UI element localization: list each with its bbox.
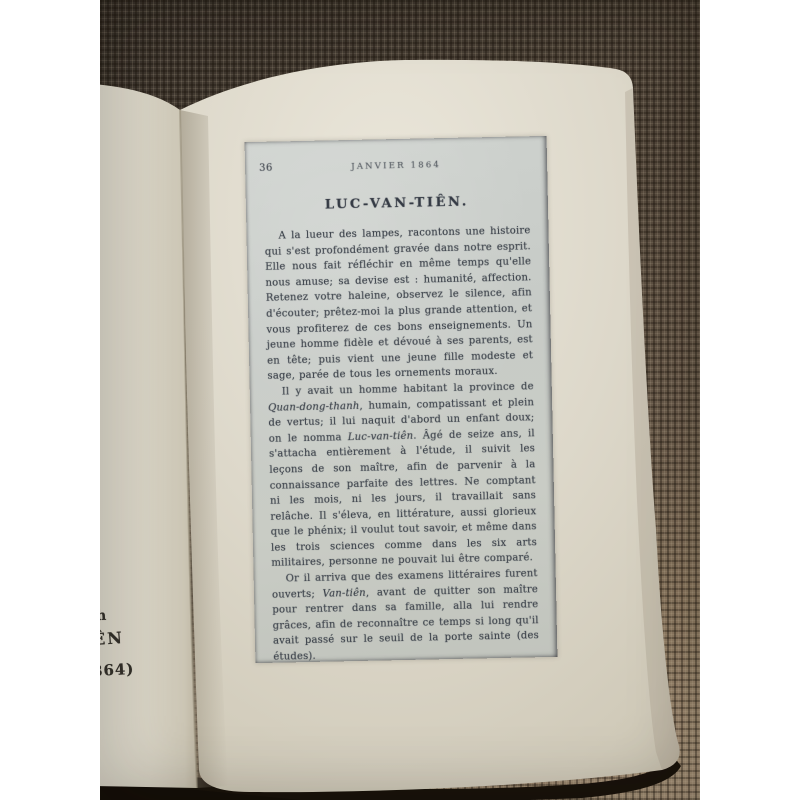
body-paragraph: Or il arriva que des examens littéraires… [272,566,540,663]
left-page-fragment: 864) [100,660,135,680]
left-page-fragment: ÊN [100,628,124,649]
page-header: 36 JANVIER 1864 [245,157,547,176]
screenshot-canvas: 36 JANVIER 1864 LUC-VAN-TIÊN. A la lueur… [0,0,800,800]
book-photo: 36 JANVIER 1864 LUC-VAN-TIÊN. A la lueur… [100,0,700,800]
article-title: LUC-VAN-TIÊN. [246,193,548,214]
running-head: JANVIER 1864 [351,160,441,172]
article-body: A la lueur des lampes, racontons une his… [246,223,557,663]
left-page-fragment: h [100,608,107,625]
facsimile-text-block: 36 JANVIER 1864 LUC-VAN-TIÊN. A la lueur… [245,136,558,663]
page-number: 36 [259,163,273,174]
body-paragraph: Il y avait un homme habitant la province… [268,379,538,572]
body-paragraph: A la lueur des lampes, racontons une his… [264,223,533,384]
